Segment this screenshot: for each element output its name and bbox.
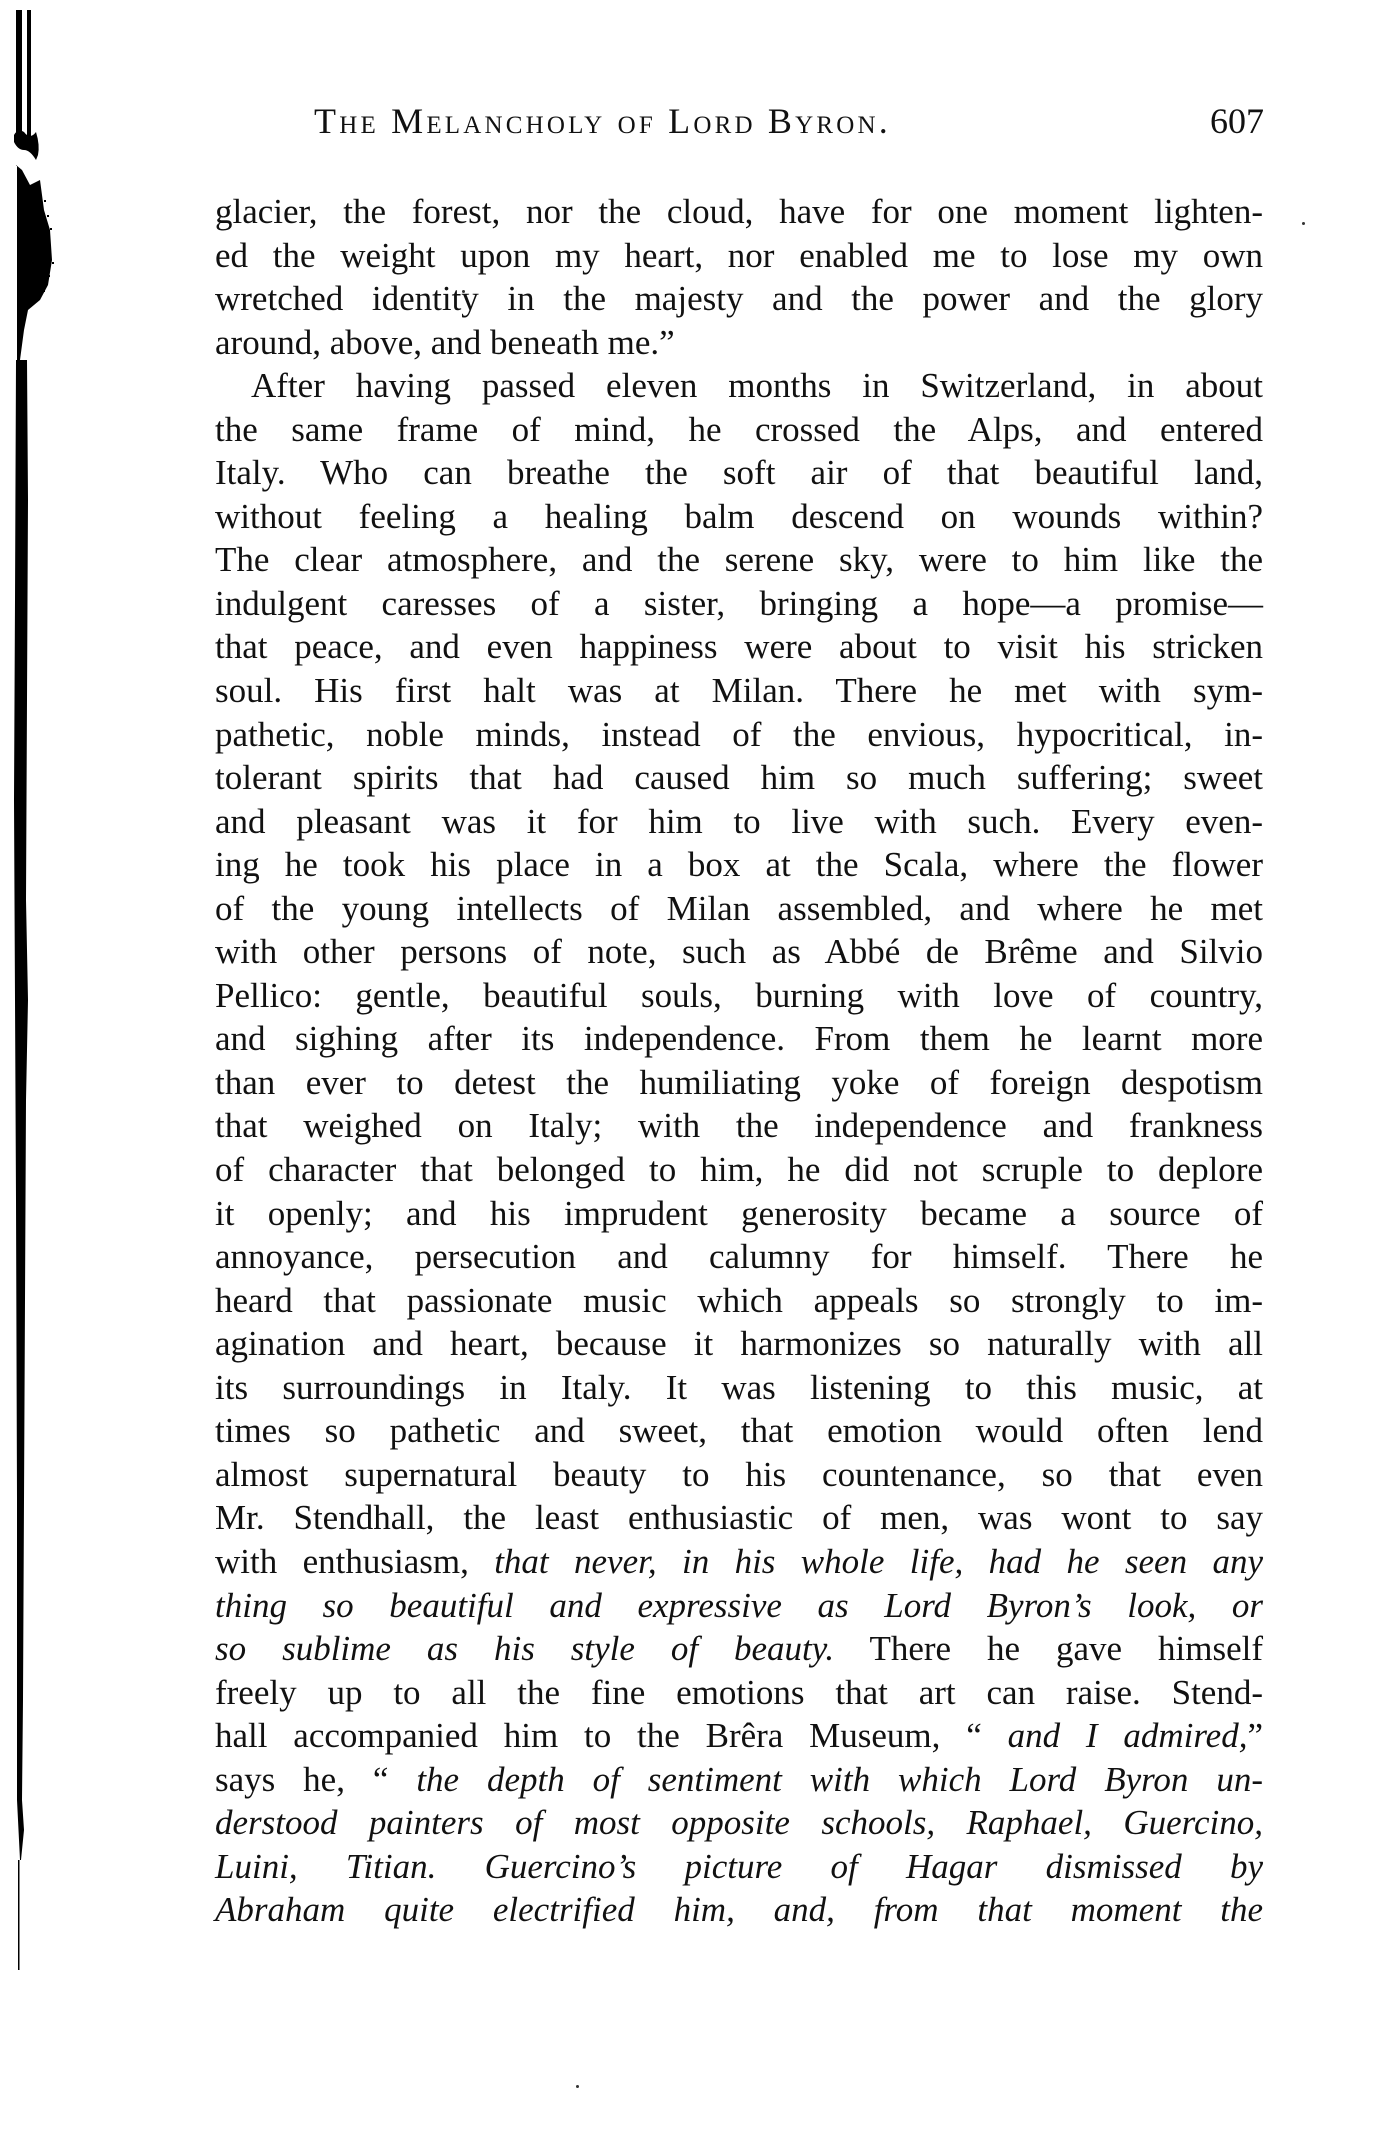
italic-text: thing so beautiful and expressive as Lor… [215,1586,1263,1625]
text-line: and sighing after its independence. From… [215,1017,1263,1061]
text-segment: There he gave himself [834,1629,1263,1668]
text-line: tolerant spirits that had caused him so … [215,756,1263,800]
text-segment: After having passed eleven months in Swi… [251,366,1263,405]
text-segment: Italy. Who can breathe the soft air of t… [215,453,1263,492]
italic-text: so sublime as his style of beauty. [215,1629,834,1668]
text-line: its surroundings in Italy. It was listen… [215,1366,1263,1410]
text-segment: tolerant spirits that had caused him so … [215,758,1263,797]
text-line: says he, “ the depth of sentiment with w… [215,1758,1263,1802]
text-line: Luini, Titian. Guercino’s picture of Hag… [215,1845,1263,1889]
text-line: that weighed on Italy; with the independ… [215,1104,1263,1148]
text-line: annoyance, persecution and calumny for h… [215,1235,1263,1279]
text-segment: almost supernatural beauty to his counte… [215,1455,1263,1494]
text-line: Pellico: gentle, beautiful souls, burnin… [215,974,1263,1018]
text-segment: and pleasant was it for him to live with… [215,802,1263,841]
text-line: thing so beautiful and expressive as Lor… [215,1584,1263,1628]
text-line: ing he took his place in a box at the Sc… [215,843,1263,887]
text-line: times so pathetic and sweet, that emotio… [215,1409,1263,1453]
text-line: of the young intellects of Milan assembl… [215,887,1263,931]
text-segment: ing he took his place in a box at the Sc… [215,845,1263,884]
text-segment: that peace, and even happiness were abou… [215,627,1263,666]
italic-text: derstood painters of most opposite schoo… [215,1803,1263,1842]
text-segment: agination and heart, because it harmoniz… [215,1324,1263,1363]
text-segment: its surroundings in Italy. It was listen… [215,1368,1263,1407]
binding-edge-shadow [0,0,80,2137]
text-segment: pathetic, noble minds, instead of the en… [215,715,1263,754]
text-line: Mr. Stendhall, the least enthusiastic of… [215,1496,1263,1540]
text-line: of character that belonged to him, he di… [215,1148,1263,1192]
text-line: than ever to detest the humiliating yoke… [215,1061,1263,1105]
text-segment: of the young intellects of Milan assembl… [215,889,1263,928]
text-segment: freely up to all the fine emotions that … [215,1673,1263,1712]
text-segment: glacier, the forest, nor the cloud, have… [215,192,1263,231]
text-line: freely up to all the fine emotions that … [215,1671,1263,1715]
text-segment: it openly; and his imprudent generosity … [215,1194,1263,1233]
text-line: heard that passionate music which appeal… [215,1279,1263,1323]
text-segment: soul. His first halt was at Milan. There… [215,671,1263,710]
text-line: soul. His first halt was at Milan. There… [215,669,1263,713]
text-line: hall accompanied him to the Brêra Museum… [215,1714,1263,1758]
text-line: the same frame of mind, he crossed the A… [215,408,1263,452]
text-segment: the same frame of mind, he crossed the A… [215,410,1263,449]
text-line: indulgent caresses of a sister, bringing… [215,582,1263,626]
running-title: The Melancholy of Lord Byron. [314,100,891,142]
print-speck [462,290,465,293]
text-line: around, above, and beneath me.” [215,321,1263,365]
text-line: Abraham quite electrified him, and, from… [215,1888,1263,1932]
text-line: ed the weight upon my heart, nor enabled… [215,234,1263,278]
running-header: The Melancholy of Lord Byron. 607 [300,100,1264,150]
text-line: with other persons of note, such as Abbé… [215,930,1263,974]
text-line: pathetic, noble minds, instead of the en… [215,713,1263,757]
print-speck [576,2085,579,2088]
italic-text: and I admired, [1008,1716,1248,1755]
text-line: After having passed eleven months in Swi… [215,364,1263,408]
text-segment: that weighed on Italy; with the independ… [215,1106,1263,1145]
text-segment: with enthusiasm, [215,1542,494,1581]
text-line: without feeling a healing balm descend o… [215,495,1263,539]
italic-text: that never, in his whole life, had he se… [494,1542,1263,1581]
page-number: 607 [1210,100,1264,142]
text-segment: of character that belonged to him, he di… [215,1150,1263,1189]
text-segment: around, above, and beneath me.” [215,323,675,362]
text-segment: Mr. Stendhall, the least enthusiastic of… [215,1498,1263,1537]
print-speck [1302,222,1305,225]
text-segment: with other persons of note, such as Abbé… [215,932,1263,971]
text-segment: and sighing after its independence. From… [215,1019,1263,1058]
body-text: glacier, the forest, nor the cloud, have… [215,190,1263,1932]
text-segment: ” [1247,1716,1263,1755]
text-line: that peace, and even happiness were abou… [215,625,1263,669]
book-page: The Melancholy of Lord Byron. 607 glacie… [0,0,1377,2137]
text-line: almost supernatural beauty to his counte… [215,1453,1263,1497]
text-segment: than ever to detest the humiliating yoke… [215,1063,1263,1102]
text-segment: times so pathetic and sweet, that emotio… [215,1411,1263,1450]
text-line: so sublime as his style of beauty. There… [215,1627,1263,1671]
text-line: The clear atmosphere, and the serene sky… [215,538,1263,582]
text-line: wretched identity in the majesty and the… [215,277,1263,321]
text-segment: The clear atmosphere, and the serene sky… [215,540,1263,579]
text-line: with enthusiasm, that never, in his whol… [215,1540,1263,1584]
text-segment: says he, “ [215,1760,416,1799]
text-segment: annoyance, persecution and calumny for h… [215,1237,1263,1276]
text-segment: ed the weight upon my heart, nor enabled… [215,236,1263,275]
text-line: derstood painters of most opposite schoo… [215,1801,1263,1845]
text-segment: indulgent caresses of a sister, bringing… [215,584,1263,623]
text-line: and pleasant was it for him to live with… [215,800,1263,844]
italic-text: Luini, Titian. Guercino’s picture of Hag… [215,1847,1263,1886]
text-segment: hall accompanied him to the Brêra Museum… [215,1716,1008,1755]
italic-text: Abraham quite electrified him, and, from… [215,1890,1263,1929]
text-line: agination and heart, because it harmoniz… [215,1322,1263,1366]
italic-text: the depth of sentiment with which Lord B… [416,1760,1263,1799]
text-line: it openly; and his imprudent generosity … [215,1192,1263,1236]
text-segment: without feeling a healing balm descend o… [215,497,1263,536]
text-line: Italy. Who can breathe the soft air of t… [215,451,1263,495]
text-segment: Pellico: gentle, beautiful souls, burnin… [215,976,1263,1015]
text-line: glacier, the forest, nor the cloud, have… [215,190,1263,234]
text-segment: heard that passionate music which appeal… [215,1281,1263,1320]
text-segment: wretched identity in the majesty and the… [215,279,1263,318]
